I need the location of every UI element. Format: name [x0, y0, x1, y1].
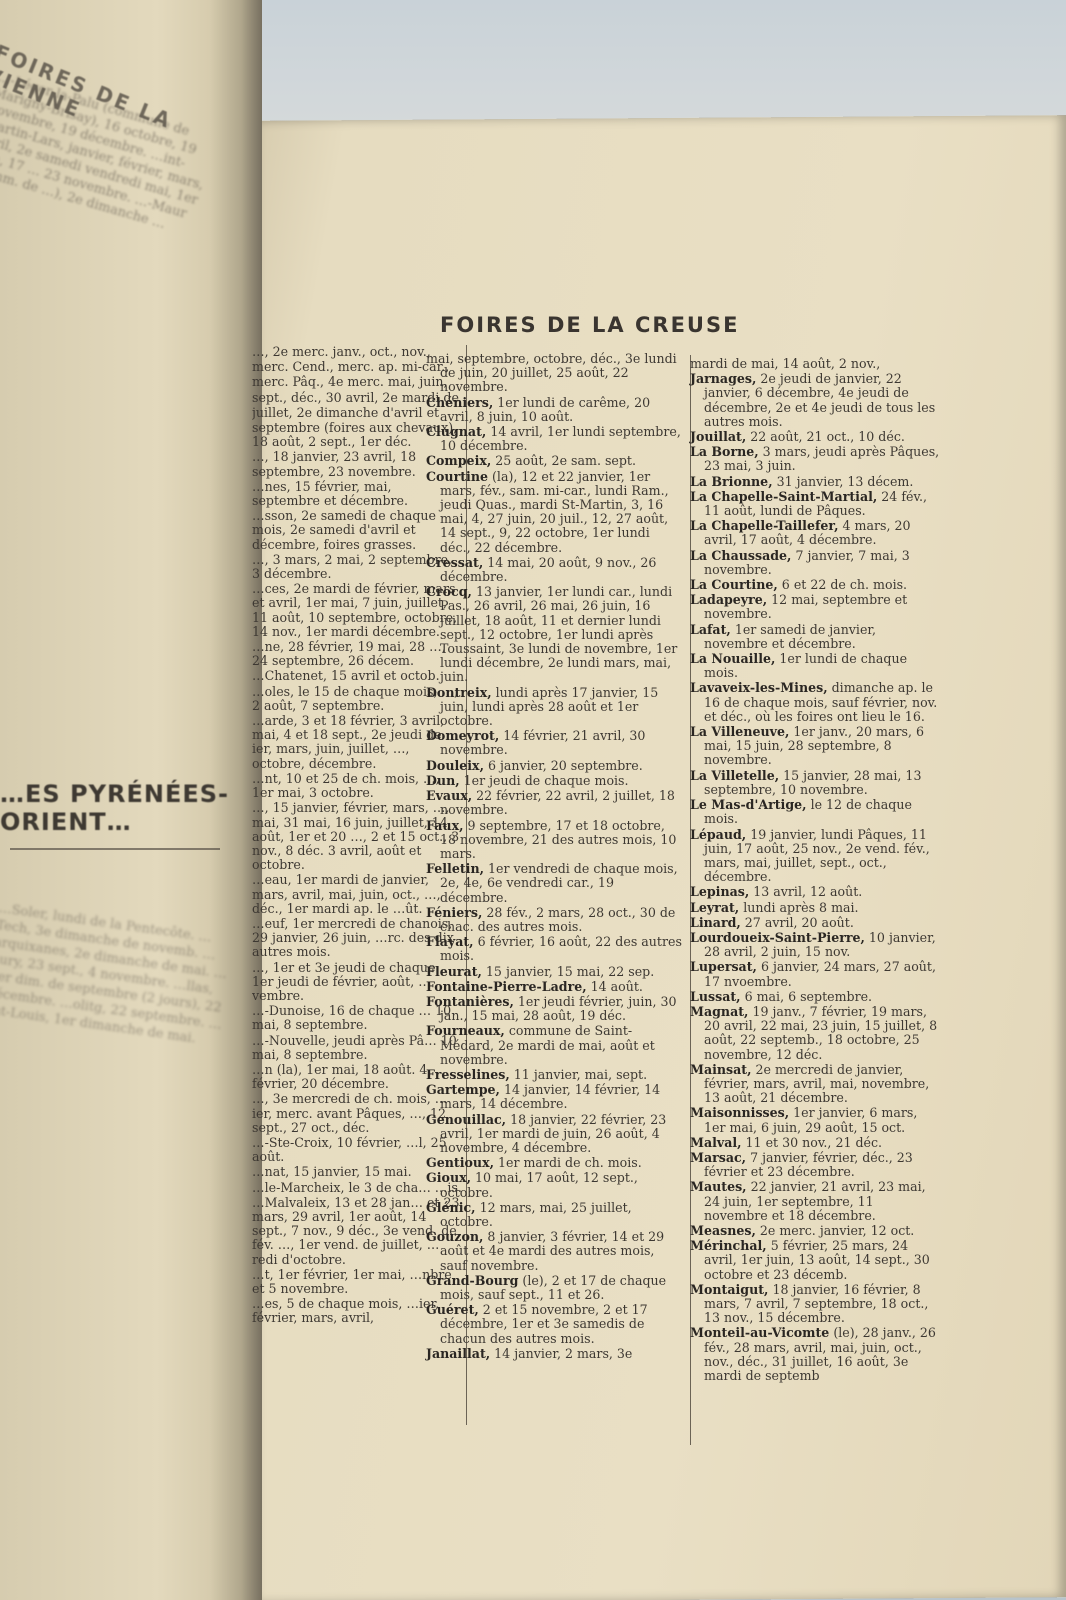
fair-entry: Felletin, 1er vendredi de chaque mois, 2… [426, 862, 684, 905]
fair-entry: Lafat, 1er samedi de janvier, novembre e… [690, 623, 940, 651]
fair-entry: Magnat, 19 janv., 7 février, 19 mars, 20… [690, 1005, 940, 1062]
fair-dates: 14 août. [591, 979, 643, 994]
fair-dates: 9 septembre, 17 et 18 octobre, 18 novemb… [440, 818, 676, 861]
town-name: Lupersat, [690, 959, 757, 974]
fair-entry: La Borne, 3 mars, jeudi après Pâques, 23… [690, 445, 940, 473]
fair-dates: 6 et 22 de ch. mois. [782, 577, 907, 592]
fair-entry: Mautes, 22 janvier, 21 avril, 23 mai, 24… [690, 1180, 940, 1223]
fair-entry: Ladapeyre, 12 mai, septembre et novembre… [690, 593, 940, 621]
fair-entry: Le Mas-d'Artige, le 12 de chaque mois. [690, 798, 940, 826]
fair-entry: Fourneaux, commune de Saint-Médard, 2e m… [426, 1024, 684, 1067]
town-name: Dontreix, [426, 685, 492, 700]
fair-entry: La Chaussade, 7 janvier, 7 mai, 3 novemb… [690, 549, 940, 577]
fair-entry: Jarnages, 2e jeudi de janvier, 22 janvie… [690, 372, 940, 429]
fair-entry: Dun, 1er jeudi de chaque mois. [426, 774, 684, 788]
fair-entry: Flayat, 6 février, 16 août, 22 des autre… [426, 935, 684, 963]
town-name: Genouillac, [426, 1112, 506, 1127]
town-name: Magnat, [690, 1004, 748, 1019]
fair-entry: Domeyrot, 14 février, 21 avril, 30 novem… [426, 729, 684, 757]
town-name: Gartempe, [426, 1082, 500, 1097]
town-name: Glénic, [426, 1200, 476, 1215]
fair-dates: 13 avril, 12 août. [753, 884, 862, 899]
town-name: Lussat, [690, 989, 741, 1004]
town-name: Leyrat, [690, 900, 739, 915]
town-name: Fleurat, [426, 964, 482, 979]
fair-entry: Montaigut, 18 janvier, 16 février, 8 mar… [690, 1283, 940, 1326]
fair-entry: Monteil-au-Vicomte (le), 28 janv., 26 fé… [690, 1326, 940, 1383]
fair-entry: Dontreix, lundi après 17 janvier, 15 jui… [426, 686, 684, 729]
fair-entry: Malval, 11 et 30 nov., 21 déc. [690, 1136, 940, 1150]
fair-entry: Compeix, 25 août, 2e sam. sept. [426, 454, 684, 468]
town-name: Linard, [690, 915, 741, 930]
town-name: Compeix, [426, 453, 491, 468]
town-name: Cressat, [426, 555, 483, 570]
town-name: Flayat, [426, 934, 474, 949]
town-name: Felletin, [426, 861, 484, 876]
fair-entry: Douleix, 6 janvier, 20 septembre. [426, 759, 684, 773]
town-name: Gouzon, [426, 1229, 483, 1244]
fair-entry: La Brionne, 31 janvier, 13 décem. [690, 475, 940, 489]
fair-entry: Gentioux, 1er mardi de ch. mois. [426, 1156, 684, 1170]
fair-dates: 25 août, 2e sam. sept. [495, 453, 636, 468]
fair-dates: 1er jeudi de chaque mois. [464, 773, 629, 788]
town-name: Courtine [426, 469, 488, 484]
town-name: Monteil-au-Vicomte [690, 1325, 829, 1340]
fair-entry: Fleurat, 15 janvier, 15 mai, 22 sep. [426, 965, 684, 979]
town-name: La Borne, [690, 444, 759, 459]
town-name: La Villeneuve, [690, 724, 789, 739]
town-name: Fourneaux, [426, 1023, 505, 1038]
town-name: Fontanières, [426, 994, 514, 1009]
column-c: mardi de mai, 14 août, 2 nov.,Jarnages, … [690, 357, 940, 1384]
fair-entry: Measnes, 2e merc. janvier, 12 oct. [690, 1224, 940, 1238]
fair-dates: 6 février, 16 août, 22 des autres mois. [440, 934, 682, 963]
town-name: Measnes, [690, 1223, 756, 1238]
fair-dates: 6 janvier, 20 septembre. [488, 758, 643, 773]
town-name: Janaillat, [426, 1346, 490, 1361]
town-name: Faux, [426, 818, 463, 833]
fair-dates: 2e merc. janvier, 12 oct. [760, 1223, 914, 1238]
town-name: La Chaussade, [690, 548, 791, 563]
town-name: Mautes, [690, 1179, 747, 1194]
fair-entry: mardi de mai, 14 août, 2 nov., [690, 357, 940, 371]
fair-dates: mardi de mai, 14 août, 2 nov., [690, 356, 880, 371]
fair-entry: Lepinas, 13 avril, 12 août. [690, 885, 940, 899]
town-name: Jarnages, [690, 371, 756, 386]
fair-entry: La Villeneuve, 1er janv., 20 mars, 6 mai… [690, 725, 940, 768]
fair-entry: Lavaveix-les-Mines, dimanche ap. le 16 d… [690, 681, 940, 724]
fair-entry: Evaux, 22 février, 22 avril, 2 juillet, … [426, 789, 684, 817]
fair-entry: Lépaud, 19 janvier, lundi Pâques, 11 jui… [690, 828, 940, 885]
page-title: FOIRES DE LA CREUSE [440, 313, 739, 337]
town-name: Féniers, [426, 905, 482, 920]
town-name: Lepinas, [690, 884, 749, 899]
town-name: Mérinchal, [690, 1238, 767, 1253]
town-name: Gioux, [426, 1170, 471, 1185]
fair-entry: Cressat, 14 mai, 20 août, 9 nov., 26 déc… [426, 556, 684, 584]
fair-entry: La Nouaille, 1er lundi de chaque mois. [690, 652, 940, 680]
fair-entry: Crocq, 13 janvier, 1er lundi car., lundi… [426, 585, 684, 684]
town-name: Clugnat, [426, 424, 486, 439]
town-name: Maisonnisses, [690, 1105, 789, 1120]
town-name: Crocq, [426, 584, 472, 599]
fair-entry: mai, septembre, octobre, déc., 3e lundi … [426, 352, 684, 395]
fair-entry: Fontanières, 1er jeudi février, juin, 30… [426, 995, 684, 1023]
fair-entry: Gouzon, 8 janvier, 3 février, 14 et 29 a… [426, 1230, 684, 1273]
fair-entry: La Villetelle, 15 janvier, 28 mai, 13 se… [690, 769, 940, 797]
fair-entry: Genouillac, 18 janvier, 22 février, 23 a… [426, 1113, 684, 1156]
fair-entry: Maisonnisses, 1er janvier, 6 mars, 1er m… [690, 1106, 940, 1134]
town-name: Dun, [426, 773, 460, 788]
fair-dates: 11 et 30 nov., 21 déc. [746, 1135, 883, 1150]
fair-entry: Féniers, 28 fév., 2 mars, 28 oct., 30 de… [426, 906, 684, 934]
fair-entry: Lupersat, 6 janvier, 24 mars, 27 août, 1… [690, 960, 940, 988]
fair-dates: 22 février, 22 avril, 2 juillet, 18 nove… [440, 788, 675, 817]
town-name: Gentioux, [426, 1155, 494, 1170]
fair-entry: Grand-Bourg (le), 2 et 17 de chaque mois… [426, 1274, 684, 1302]
town-name: Le Mas-d'Artige, [690, 797, 807, 812]
fair-entry: Fontaine-Pierre-Ladre, 14 août. [426, 980, 684, 994]
fair-entry: Clugnat, 14 avril, 1er lundi septembre, … [426, 425, 684, 453]
town-name: Guéret, [426, 1302, 479, 1317]
fair-entry: La Courtine, 6 et 22 de ch. mois. [690, 578, 940, 592]
fair-entry: Chéniers, 1er lundi de carême, 20 avril,… [426, 396, 684, 424]
fair-entry: Janaillat, 14 janvier, 2 mars, 3e [426, 1347, 684, 1361]
fair-dates: mai, septembre, octobre, déc., 3e lundi … [426, 351, 677, 394]
fair-dates: 11 janvier, mai, sept. [514, 1067, 647, 1082]
fair-entry: Fresselines, 11 janvier, mai, sept. [426, 1068, 684, 1082]
fair-entry: Gioux, 10 mai, 17 août, 12 sept., octobr… [426, 1171, 684, 1199]
town-name: Evaux, [426, 788, 472, 803]
fair-entry: Lussat, 6 mai, 6 septembre. [690, 990, 940, 1004]
town-name: Domeyrot, [426, 728, 499, 743]
fair-entry: Guéret, 2 et 15 novembre, 2 et 17 décemb… [426, 1303, 684, 1346]
town-name: La Chapelle-Taillefer, [690, 518, 839, 533]
town-name: Lafat, [690, 622, 731, 637]
fair-entry: Linard, 27 avril, 20 août. [690, 916, 940, 930]
town-name: Montaigut, [690, 1282, 768, 1297]
town-name: La Nouaille, [690, 651, 775, 666]
fair-dates: 6 mai, 6 septembre. [745, 989, 873, 1004]
fair-dates: lundi après 8 mai. [743, 900, 858, 915]
fair-dates: 14 janvier, 2 mars, 3e [494, 1346, 632, 1361]
fair-entry: Jouillat, 22 août, 21 oct., 10 déc. [690, 430, 940, 444]
town-name: Fresselines, [426, 1067, 510, 1082]
fair-entry: Faux, 9 septembre, 17 et 18 octobre, 18 … [426, 819, 684, 862]
town-name: La Brionne, [690, 474, 773, 489]
fair-dates: 27 avril, 20 août. [745, 915, 854, 930]
town-name: La Courtine, [690, 577, 778, 592]
town-name: Grand-Bourg [426, 1273, 518, 1288]
town-name: Jouillat, [690, 429, 746, 444]
town-name: Marsac, [690, 1150, 746, 1165]
left-page: FOIRES DE LA VIENNE …-Léger-la-Palu (com… [0, 0, 262, 1600]
town-name: La Villetelle, [690, 768, 779, 783]
fair-entry: Mérinchal, 5 février, 25 mars, 24 avril,… [690, 1239, 940, 1282]
page-gutter-shadow [0, 0, 262, 1600]
fair-dates: 15 janvier, 15 mai, 22 sep. [486, 964, 654, 979]
fair-entry: La Chapelle-Taillefer, 4 mars, 20 avril,… [690, 519, 940, 547]
fair-entry: Lourdoueix-Saint-Pierre, 10 janvier, 28 … [690, 931, 940, 959]
town-name: La Chapelle-Saint-Martial, [690, 489, 877, 504]
fair-entry: Mainsat, 2e mercredi de janvier, février… [690, 1063, 940, 1106]
fair-entry: Leyrat, lundi après 8 mai. [690, 901, 940, 915]
town-name: Lavaveix-les-Mines, [690, 680, 828, 695]
town-name: Lourdoueix-Saint-Pierre, [690, 930, 865, 945]
fair-entry: Courtine (la), 12 et 22 janvier, 1er mar… [426, 470, 684, 555]
fair-entry: Marsac, 7 janvier, février, déc., 23 fév… [690, 1151, 940, 1179]
fair-entry: Gartempe, 14 janvier, 14 février, 14 mar… [426, 1083, 684, 1111]
fair-entry: Glénic, 12 mars, mai, 25 juillet, octobr… [426, 1201, 684, 1229]
fair-dates: 1er mardi de ch. mois. [498, 1155, 642, 1170]
town-name: Chéniers, [426, 395, 493, 410]
town-name: Malval, [690, 1135, 742, 1150]
column-b: mai, septembre, octobre, déc., 3e lundi … [426, 352, 684, 1362]
town-name: Mainsat, [690, 1062, 752, 1077]
fair-entry: La Chapelle-Saint-Martial, 24 fév., 11 a… [690, 490, 940, 518]
fair-dates: 31 janvier, 13 décem. [777, 474, 914, 489]
town-name: Douleix, [426, 758, 484, 773]
town-name: Fontaine-Pierre-Ladre, [426, 979, 587, 994]
fair-dates: 13 janvier, 1er lundi car., lundi Pas., … [440, 584, 677, 684]
town-name: Lépaud, [690, 827, 746, 842]
town-name: Ladapeyre, [690, 592, 767, 607]
fair-dates: 22 août, 21 oct., 10 déc. [750, 429, 905, 444]
